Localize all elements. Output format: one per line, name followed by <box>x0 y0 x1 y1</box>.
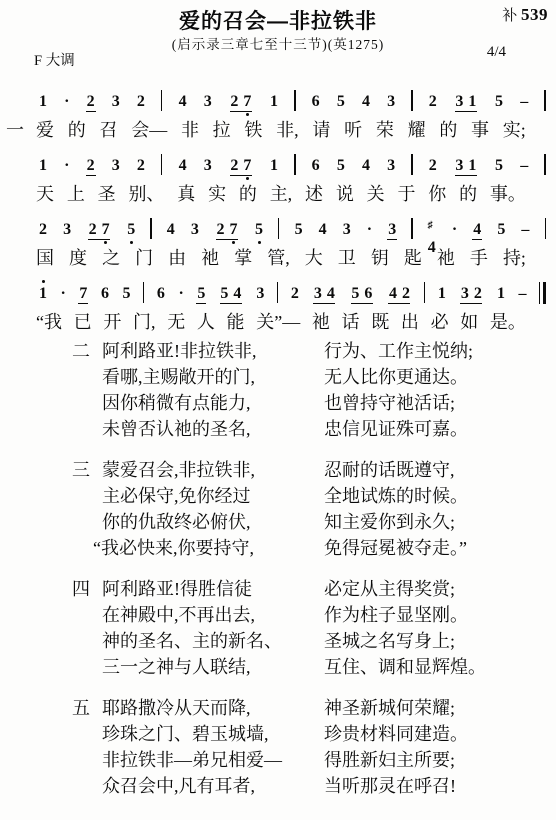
music-note: 5 <box>218 278 231 310</box>
notes-row: 1·7656·554323456421321– <box>38 278 546 311</box>
music-note: 6 <box>362 278 375 310</box>
hymn-sheet-page: 爱的召会—非拉铁非 补 539 (启示录三章七至十三节)(英1275) F 大调… <box>0 0 556 820</box>
verse-line: 知主爱你到永久; <box>324 509 556 535</box>
music-note: 2 <box>136 86 146 118</box>
lyric-syllable: 卫 <box>338 247 356 269</box>
music-note: 3 <box>458 278 471 310</box>
music-system: 2327543275543·3♯4·45–国度之门由祂掌管,大卫钥匙祂手持; <box>0 214 556 269</box>
note-digit: 5 <box>496 221 506 239</box>
lyric-syllable: 爱 <box>36 119 54 141</box>
note-digit: 3 <box>387 221 397 240</box>
augmentation-dot: · <box>366 214 373 246</box>
barline <box>294 154 295 175</box>
music-note: 7 <box>241 150 254 182</box>
verse-right-column: 神圣新城何荣耀;珍贵材料同建造。得胜新妇主所要;当听那灵在呼召! <box>324 695 556 799</box>
music-note: 5 <box>294 214 304 246</box>
verse-line: 忍耐的话既遵守, <box>324 457 556 483</box>
music-note: 2 <box>428 150 438 182</box>
music-note: 3 <box>111 86 121 118</box>
barline <box>411 90 412 111</box>
verse-line: 得胜新妇主所要; <box>324 747 556 773</box>
lyric-syllable: 大 <box>305 247 323 269</box>
music-note: 5 <box>494 150 504 182</box>
beamed-note-group: 42 <box>386 278 412 310</box>
music-note: 5 <box>121 278 131 310</box>
lyric-syllable: 祂 <box>312 311 330 333</box>
music-note: 3 <box>62 214 72 246</box>
note-digit: 2 <box>136 93 146 111</box>
lyric-syllable: 关 <box>367 183 385 205</box>
verse-line: 全地试炼的时候。 <box>324 483 556 509</box>
verse-line: 必定从主得奖赏; <box>324 576 556 602</box>
note-digit: ♯4 <box>427 221 437 239</box>
page-title: 爱的召会—非拉铁非 <box>0 5 556 35</box>
octave-dot-below <box>232 241 235 244</box>
lyric-syllable: 祂 <box>201 247 219 269</box>
lyric-syllable: 如 <box>460 311 478 333</box>
lyric-syllable: “我 <box>36 311 62 333</box>
note-digit: 3 <box>111 93 121 111</box>
lyric-syllable: 会— <box>131 119 167 141</box>
lyric-syllable: 于 <box>397 183 415 205</box>
lyric-syllable: 的 <box>68 119 86 141</box>
note-digit: 3 <box>453 157 466 175</box>
verse-number: 二 <box>72 338 102 442</box>
octave-dot-below <box>246 113 249 116</box>
octave-dot-below-slot <box>130 239 133 246</box>
augmentation-dot: · <box>451 214 458 246</box>
note-digit: 1 <box>496 285 506 303</box>
augmentation-dot: · <box>63 86 70 118</box>
sustain-dash: – <box>519 86 529 118</box>
note-digit: 5 <box>218 285 231 303</box>
verse-line: 阿利路亚!得胜信徒 <box>102 576 324 602</box>
music-note: 2 <box>228 150 241 182</box>
lyric-syllable: 国 <box>36 247 54 269</box>
lyrics-row: “我已开门,无人能关”—祂话既出必如是。 <box>36 311 526 333</box>
music-block: 1·2324327165432315–一爱的召会—非拉铁非,请听荣耀的事实;1·… <box>0 86 556 342</box>
stanza-marker: 一 <box>6 119 24 141</box>
music-system: 1·2324327165432315–天上圣别、真实的主,述说关于你的事。 <box>0 150 556 205</box>
music-note: 3 <box>203 86 213 118</box>
note-digit: 2 <box>228 157 241 175</box>
lyric-syllable: 天 <box>36 183 54 205</box>
note-digit: 6 <box>156 285 166 303</box>
music-system: 1·2324327165432315–一爱的召会—非拉铁非,请听荣耀的事实; <box>0 86 556 141</box>
lyric-syllable: 事 <box>471 119 489 141</box>
verse-line: 互住、调和显辉煌。 <box>324 654 556 680</box>
note-digit: 6 <box>311 93 321 111</box>
lyric-syllable: 既 <box>371 311 389 333</box>
note-digit: 2 <box>428 157 438 175</box>
barline <box>424 282 425 303</box>
note-digit: 4 <box>318 221 328 239</box>
note-digit: 3 <box>453 93 466 111</box>
music-note: 5 <box>496 214 506 246</box>
verse-line: 众召会中,凡有耳者, <box>102 773 324 799</box>
lyric-syllable: 听 <box>344 119 362 141</box>
barline <box>544 90 545 111</box>
verse-right-column: 必定从主得奖赏;作为柱子显坚刚。圣城之名写身上;互住、调和显辉煌。 <box>324 576 556 680</box>
octave-dot-below <box>130 241 133 244</box>
note-digit: 3 <box>190 221 200 239</box>
lyric-syllable: 上 <box>67 183 85 205</box>
music-note: 1 <box>466 86 479 118</box>
music-note: 5 <box>336 86 346 118</box>
music-note: 4 <box>361 150 371 182</box>
music-note: 5 <box>336 150 346 182</box>
verses-block: 二阿利路亚!非拉铁非,看哪,主赐敞开的门,因你稍微有点能力,未曾否认祂的圣名,行… <box>0 338 556 814</box>
music-note: 2 <box>399 278 412 310</box>
lyric-syllable: 的 <box>239 183 257 205</box>
note-digit: 3 <box>62 221 72 239</box>
barline <box>143 282 144 303</box>
lyric-syllable: 必 <box>431 311 449 333</box>
note-digit: 7 <box>241 157 254 175</box>
lyric-syllable: 钥 <box>371 247 389 269</box>
note-digit: 1 <box>269 93 279 111</box>
verse-right-column: 忍耐的话既遵守,全地试炼的时候。知主爱你到永久;免得冠冕被夺走。” <box>324 457 556 561</box>
beamed-note-group: 31 <box>453 86 479 118</box>
music-note: 5 <box>126 214 136 246</box>
barline <box>161 154 162 175</box>
music-note: 5 <box>254 214 264 246</box>
lyric-syllable: 主, <box>270 183 293 205</box>
lyric-syllable: 说 <box>336 183 354 205</box>
augmentation-dot: · <box>60 278 67 310</box>
music-note: 2 <box>471 278 484 310</box>
octave-dot-below-slot <box>232 239 235 246</box>
note-digit: 1 <box>437 285 447 303</box>
beamed-note-group: 54 <box>218 278 244 310</box>
augmentation-dot: · <box>63 150 70 182</box>
lyric-syllable: 真 <box>177 183 195 205</box>
lyric-syllable: 非, <box>276 119 299 141</box>
lyric-syllable: 你 <box>428 183 446 205</box>
music-note: 6 <box>100 278 110 310</box>
verse-line: 珍贵材料同建造。 <box>324 721 556 747</box>
verse-line: 神的圣名、主的新名、 <box>102 628 324 654</box>
music-note: 5 <box>349 278 362 310</box>
music-note: 4 <box>361 86 371 118</box>
lyric-syllable: 度 <box>69 247 87 269</box>
note-digit: 5 <box>336 157 346 175</box>
verse: 二阿利路亚!非拉铁非,看哪,主赐敞开的门,因你稍微有点能力,未曾否认祂的圣名,行… <box>0 338 556 442</box>
verse-line: 圣城之名写身上; <box>324 628 556 654</box>
lyric-syllable: 由 <box>168 247 186 269</box>
verse-line: 看哪,主赐敞开的门, <box>102 364 324 390</box>
verse-left-column: 耶路撒冷从天而降,珍珠之门、碧玉城墙,非拉铁非—弟兄相爱—众召会中,凡有耳者, <box>102 695 324 799</box>
music-note: 1 <box>437 278 447 310</box>
note-digit: 1 <box>466 93 479 111</box>
sustain-dash: – <box>519 150 529 182</box>
music-note: 2 <box>214 214 227 246</box>
note-digit: 4 <box>386 285 399 303</box>
note-digit: 6 <box>100 285 110 303</box>
note-digit: 2 <box>38 221 48 239</box>
note-digit: 2 <box>290 285 300 303</box>
lyric-syllable: 圣 <box>98 183 116 205</box>
music-note: 5 <box>196 278 206 311</box>
lyric-syllable: 铁 <box>244 119 262 141</box>
lyrics-row: 一爱的召会—非拉铁非,请听荣耀的事实; <box>36 119 526 141</box>
verse-line: 阿利路亚!非拉铁非, <box>102 338 324 364</box>
music-note: 4 <box>324 278 337 310</box>
note-digit: 3 <box>386 93 396 111</box>
lyric-syllable: 事。 <box>490 183 526 205</box>
note-digit: 2 <box>86 93 96 112</box>
octave-dot-below <box>246 177 249 180</box>
barline <box>161 90 162 111</box>
music-note: 3 <box>311 278 324 310</box>
sharp-sign: ♯ <box>428 217 436 235</box>
music-note: 3 <box>190 214 200 246</box>
note-digit: 5 <box>494 93 504 111</box>
verse-line: 也曾持守祂活话; <box>324 390 556 416</box>
note-digit: 3 <box>386 157 396 175</box>
note-digit: 4 <box>166 221 176 239</box>
music-note: 6 <box>311 86 321 118</box>
note-digit: 4 <box>178 157 188 175</box>
beamed-note-group: 31 <box>453 150 479 182</box>
lyric-syllable: 关”— <box>256 311 300 333</box>
lyric-syllable: 耀 <box>408 119 426 141</box>
note-digit: 5 <box>196 285 206 304</box>
music-note: 4 <box>231 278 244 310</box>
barline <box>294 90 295 111</box>
note-digit: 4 <box>178 93 188 111</box>
lyric-syllable: 掌 <box>234 247 252 269</box>
verse-line: 耶路撒冷从天而降, <box>102 695 324 721</box>
hymn-number-prefix: 补 <box>502 8 517 24</box>
note-digit: 2 <box>471 285 484 303</box>
note-digit: 1 <box>466 157 479 175</box>
music-note: 1 <box>269 150 279 182</box>
lyric-syllable: 已 <box>74 311 92 333</box>
lyric-syllable: 非 <box>181 119 199 141</box>
verse-line: 主必保守,免你经过 <box>102 483 324 509</box>
verse-line: 非拉铁非—弟兄相爱— <box>102 747 324 773</box>
barline <box>411 218 412 239</box>
note-digit: 2 <box>399 285 412 303</box>
beamed-note-group: 27 <box>228 150 254 182</box>
beamed-note-group: 56 <box>349 278 375 310</box>
music-note: 7 <box>78 278 88 311</box>
beamed-note-group: 34 <box>311 278 337 310</box>
scripture-reference: (启示录三章七至十三节)(英1275) <box>0 33 556 53</box>
lyric-syllable: 无 <box>167 311 185 333</box>
verse: 五耶路撒冷从天而降,珍珠之门、碧玉城墙,非拉铁非—弟兄相爱—众召会中,凡有耳者,… <box>0 695 556 799</box>
lyric-syllable: 手 <box>470 247 488 269</box>
note-digit: 2 <box>86 221 99 239</box>
octave-dot-above <box>42 280 45 283</box>
music-note: 4 <box>178 150 188 182</box>
hymn-number: 补 539 <box>502 4 548 25</box>
music-note: 2 <box>290 278 300 310</box>
note-digit: 6 <box>362 285 375 303</box>
barline <box>150 218 151 239</box>
lyric-syllable: 持; <box>503 247 526 269</box>
music-system: 1·7656·554323456421321–“我已开门,无人能关”—祂话既出必… <box>0 278 556 333</box>
hymn-number-value: 539 <box>521 5 548 24</box>
verse-line: 作为柱子显坚刚。 <box>324 602 556 628</box>
lyrics-row: 天上圣别、真实的主,述说关于你的事。 <box>36 183 526 205</box>
music-note: 2 <box>38 214 48 246</box>
octave-dot-below-slot <box>246 111 249 118</box>
lyric-syllable: 实; <box>503 119 526 141</box>
verse-line: “我必快来,你要持守, <box>102 535 324 561</box>
beamed-note-group: 27 <box>86 214 112 246</box>
note-digit: 5 <box>126 221 136 239</box>
verse: 四阿利路亚!得胜信徒在神殿中,不再出去,神的圣名、主的新名、三一之神与人联结,必… <box>0 576 556 680</box>
verse-left-column: 阿利路亚!得胜信徒在神殿中,不再出去,神的圣名、主的新名、三一之神与人联结, <box>102 576 324 680</box>
notes-row: 1·2324327165432315– <box>38 86 546 119</box>
note-digit: 4 <box>472 221 482 240</box>
beamed-note-group: 27 <box>214 214 240 246</box>
octave-dot-below-slot <box>258 239 261 246</box>
music-note: 4 <box>166 214 176 246</box>
lyric-syllable: 述 <box>305 183 323 205</box>
note-digit: 1 <box>38 93 48 111</box>
note-digit: 7 <box>78 285 88 304</box>
music-note: 3 <box>255 278 265 310</box>
verse-line: 蒙爱召会,非拉铁非, <box>102 457 324 483</box>
lyric-syllable: 开 <box>103 311 121 333</box>
time-signature: 4/4 <box>487 44 506 61</box>
note-digit: 3 <box>111 157 121 175</box>
verse-line: 行为、工作主悦纳; <box>324 338 556 364</box>
lyric-syllable: 话 <box>342 311 360 333</box>
verse-right-column: 行为、工作主悦纳;无人比你更通达。也曾持守祂活话;忠信见证殊可嘉。 <box>324 338 556 442</box>
verse-left-column: 蒙爱召会,非拉铁非,主必保守,免你经过你的仇敌终必俯伏,“我必快来,你要持守, <box>102 457 324 561</box>
note-digit: 1 <box>38 157 48 175</box>
music-note: 3 <box>342 214 352 246</box>
note-digit: 5 <box>349 285 362 303</box>
lyric-syllable: 拉 <box>213 119 231 141</box>
barline <box>544 154 545 175</box>
music-note: 7 <box>227 214 240 246</box>
lyric-syllable: 请 <box>312 119 330 141</box>
music-note: 7 <box>241 86 254 118</box>
music-note: 1 <box>466 150 479 182</box>
octave-dot-below <box>258 241 261 244</box>
music-note: 1 <box>38 86 48 118</box>
note-digit: 1 <box>38 285 48 303</box>
note-digit: 4 <box>231 285 244 303</box>
verse-line: 忠信见证殊可嘉。 <box>324 416 556 442</box>
sustain-dash: – <box>520 214 530 246</box>
verse-line: 当听那灵在呼召! <box>324 773 556 799</box>
notes-row: 2327543275543·3♯4·45– <box>38 214 546 247</box>
music-note: 2 <box>428 86 438 118</box>
lyric-syllable: 祂 <box>437 247 455 269</box>
augmentation-dot: · <box>177 278 184 310</box>
music-note: 1 <box>38 278 48 310</box>
lyric-syllable: 门 <box>135 247 153 269</box>
final-barline <box>539 282 546 304</box>
octave-dot-below-slot <box>104 239 107 246</box>
music-note: 3 <box>203 150 213 182</box>
note-digit: 2 <box>214 221 227 239</box>
sustain-dash: – <box>517 278 527 310</box>
music-note: 1 <box>269 86 279 118</box>
lyric-syllable: 出 <box>401 311 419 333</box>
barline <box>545 218 546 239</box>
music-note: 4 <box>386 278 399 310</box>
note-digit: 5 <box>294 221 304 239</box>
lyric-syllable: 人 <box>197 311 215 333</box>
music-note: 2 <box>228 86 241 118</box>
lyric-syllable: 召 <box>99 119 117 141</box>
lyric-syllable: 实 <box>208 183 226 205</box>
note-digit: 3 <box>342 221 352 239</box>
verse-left-column: 阿利路亚!非拉铁非,看哪,主赐敞开的门,因你稍微有点能力,未曾否认祂的圣名, <box>102 338 324 442</box>
verse-line: 你的仇敌终必俯伏, <box>102 509 324 535</box>
note-digit: 6 <box>311 157 321 175</box>
note-digit: 3 <box>458 285 471 303</box>
music-note: 3 <box>111 150 121 182</box>
note-digit: 2 <box>428 93 438 111</box>
music-note: 3 <box>386 150 396 182</box>
beamed-note-group: 32 <box>458 278 484 310</box>
music-note: 2 <box>86 214 99 246</box>
music-note: 6 <box>156 278 166 310</box>
music-note: 3 <box>386 86 396 118</box>
music-note: 7 <box>99 214 112 246</box>
lyric-syllable: 的 <box>439 119 457 141</box>
verse-line: 在神殿中,不再出去, <box>102 602 324 628</box>
lyric-syllable: 的 <box>459 183 477 205</box>
note-digit: 2 <box>86 157 96 176</box>
note-digit: 3 <box>203 93 213 111</box>
note-digit: 3 <box>311 285 324 303</box>
lyric-syllable: 匙 <box>404 247 422 269</box>
verse-line: 无人比你更通达。 <box>324 364 556 390</box>
verse-line: 未曾否认祂的圣名, <box>102 416 324 442</box>
music-note: 2 <box>136 150 146 182</box>
note-digit: 5 <box>121 285 131 303</box>
music-note: 4 <box>318 214 328 246</box>
verse-line: 因你稍微有点能力, <box>102 390 324 416</box>
music-note: 2 <box>86 150 96 183</box>
octave-dot-below-slot <box>246 175 249 182</box>
verse: 三蒙爱召会,非拉铁非,主必保守,免你经过你的仇敌终必俯伏,“我必快来,你要持守,… <box>0 457 556 561</box>
barline <box>278 218 279 239</box>
note-digit: 2 <box>136 157 146 175</box>
verse-line: 神圣新城何荣耀; <box>324 695 556 721</box>
note-digit: 2 <box>228 93 241 111</box>
verse-line: 免得冠冕被夺走。” <box>324 535 556 561</box>
music-note: 4 <box>472 214 482 247</box>
note-digit: 5 <box>254 221 264 239</box>
verse-number: 五 <box>72 695 102 799</box>
note-digit: 5 <box>494 157 504 175</box>
lyric-syllable: 能 <box>227 311 245 333</box>
verse-line: 珍珠之门、碧玉城墙, <box>102 721 324 747</box>
music-note: 5 <box>494 86 504 118</box>
lyric-syllable: 管, <box>267 247 290 269</box>
music-note: 1 <box>496 278 506 310</box>
barline <box>277 282 278 303</box>
music-note: 1 <box>38 150 48 182</box>
note-digit: 3 <box>203 157 213 175</box>
octave-dot-below <box>104 241 107 244</box>
note-digit: 1 <box>269 157 279 175</box>
lyric-syllable: 是。 <box>490 311 526 333</box>
music-note: 2 <box>86 86 96 119</box>
note-digit: 4 <box>361 157 371 175</box>
note-digit: 5 <box>336 93 346 111</box>
